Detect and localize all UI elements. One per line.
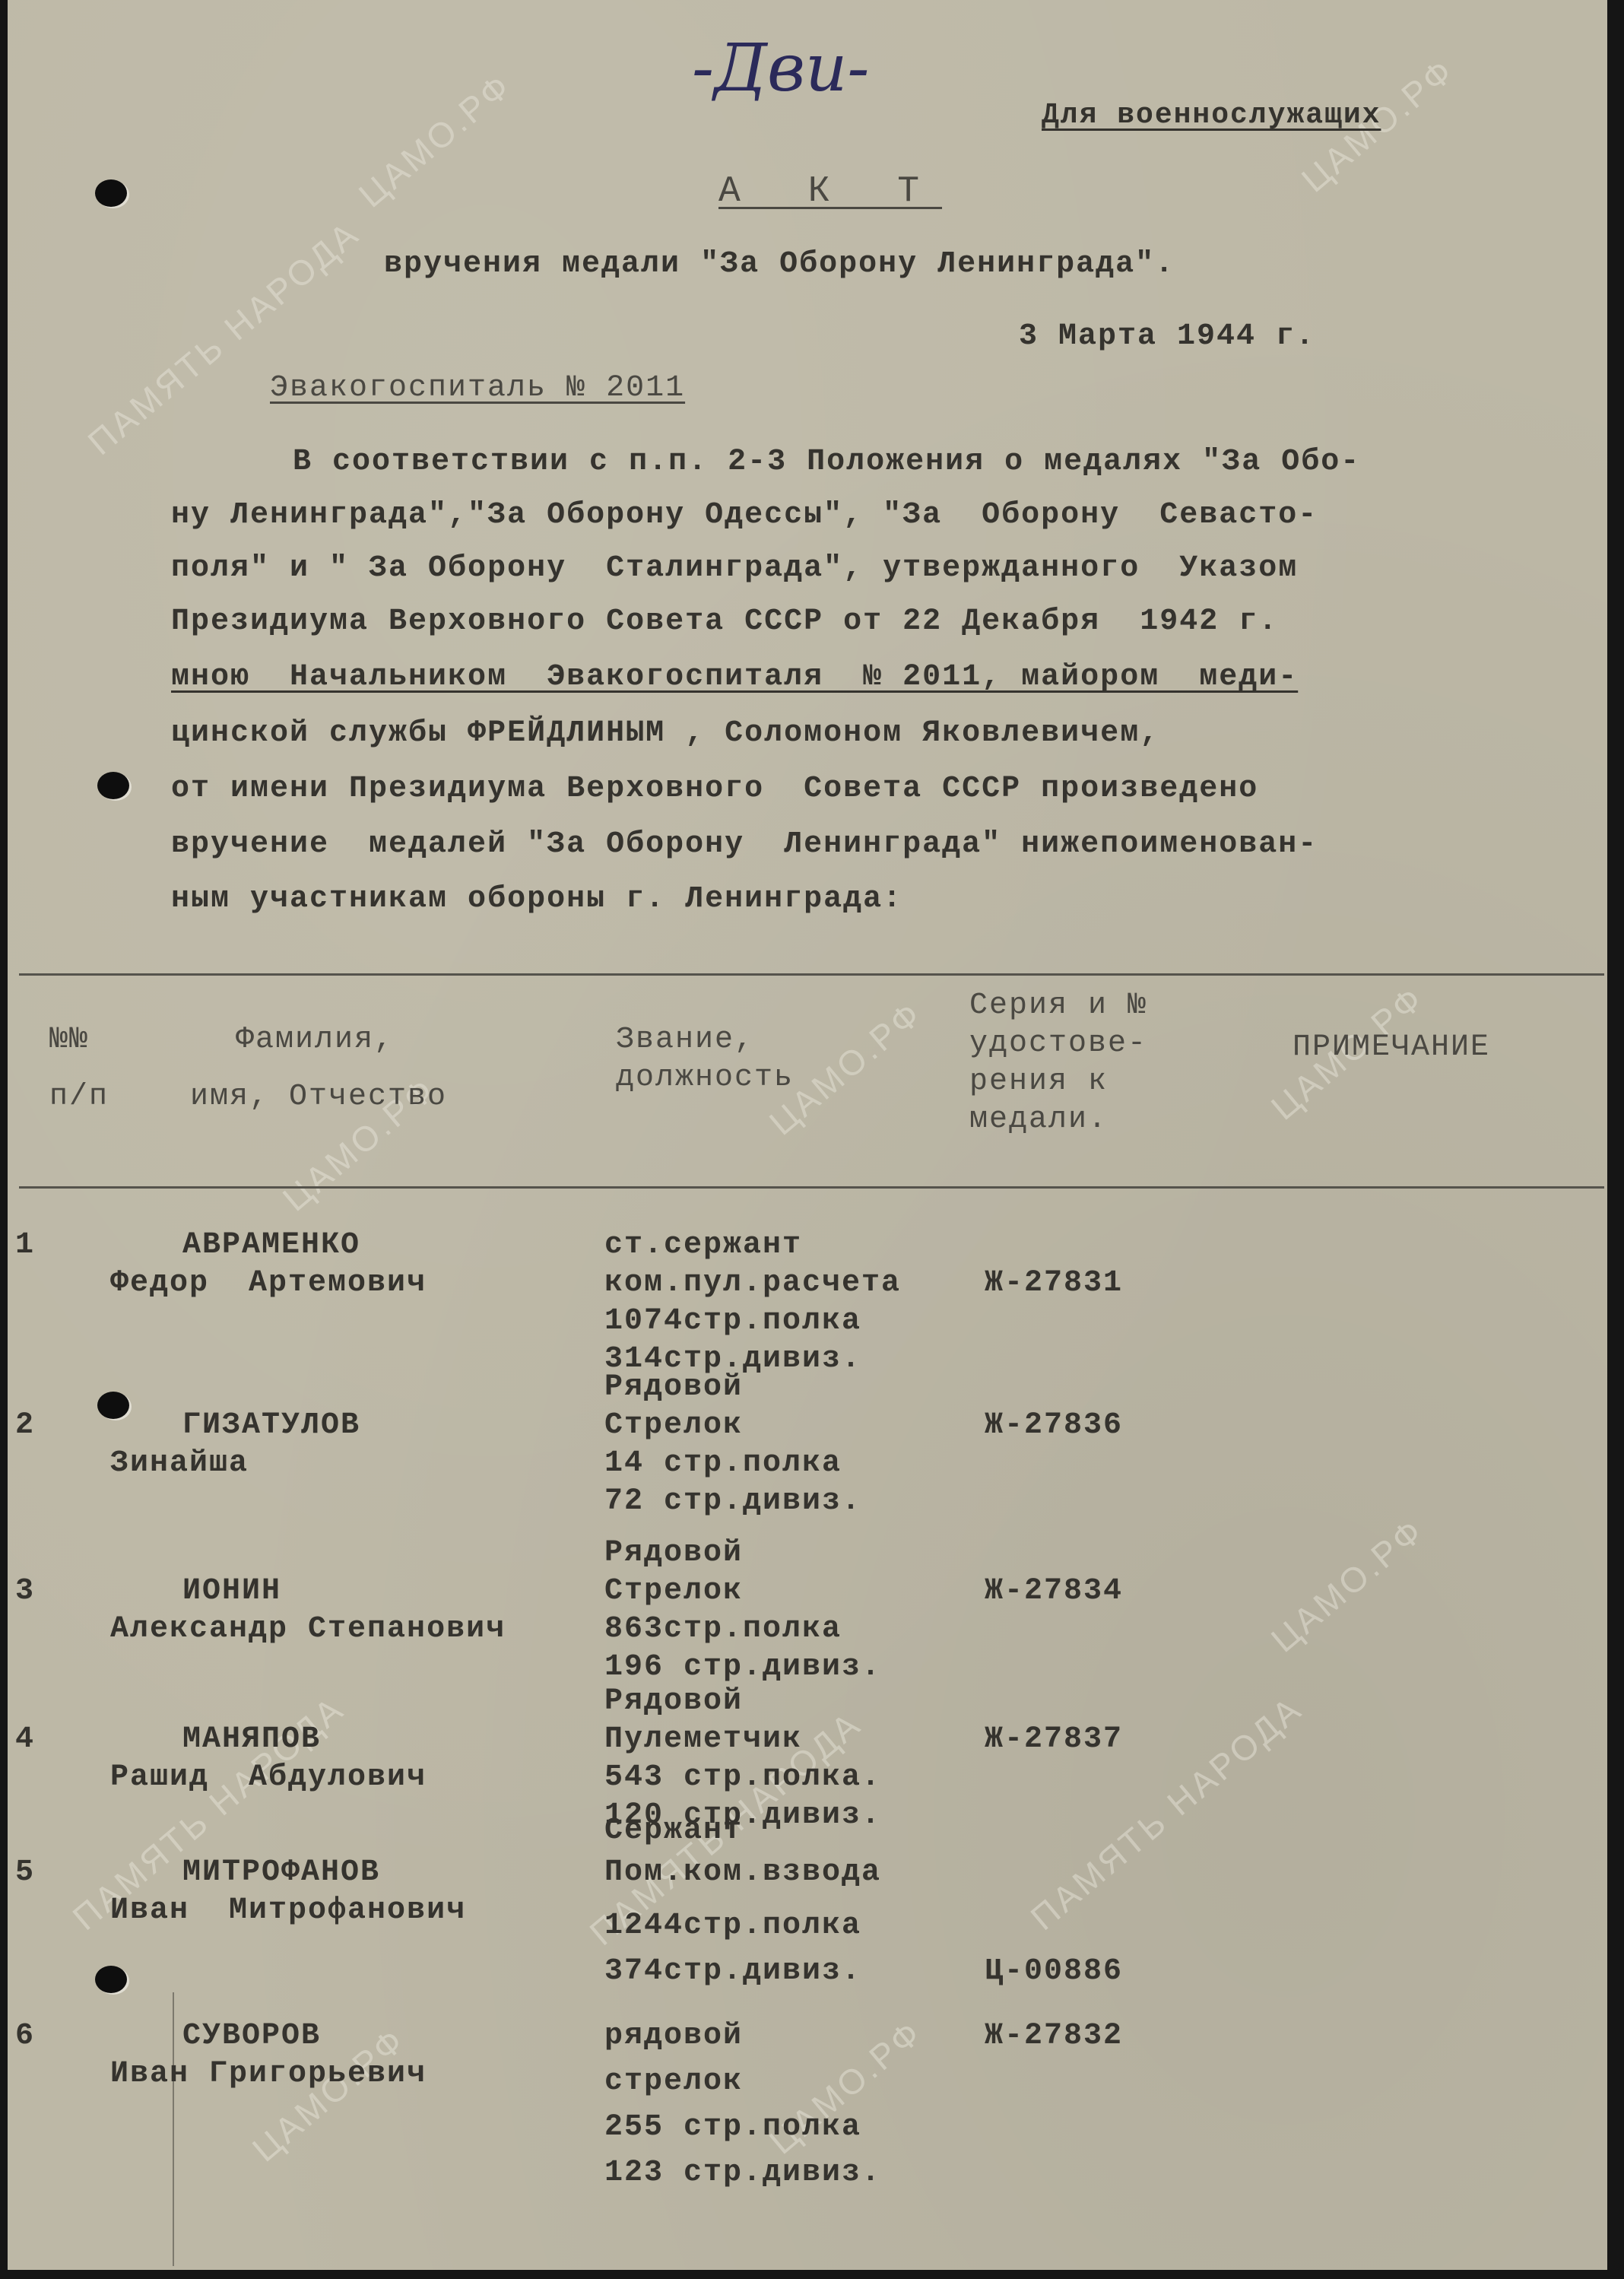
row-rank-line: 1244стр.полка bbox=[604, 1909, 861, 1943]
row-rank-line: 14 стр.полка bbox=[604, 1446, 842, 1481]
row-rank-line: Рядовой bbox=[604, 1536, 743, 1570]
body-line: ным участникам обороны г. Ленинграда: bbox=[171, 882, 902, 916]
row-rank-line: 1074стр.полка bbox=[604, 1304, 861, 1338]
row-rank-line: Рядовой bbox=[604, 1684, 743, 1719]
margin-fold bbox=[173, 1992, 174, 2266]
header-serial: Серия и № bbox=[969, 989, 1147, 1023]
table-header-rule bbox=[19, 1186, 1604, 1189]
handwritten-note: -Дви- bbox=[692, 30, 869, 106]
header-name: имя, Отчество bbox=[190, 1080, 447, 1114]
institution-name: Эвакогоспиталь № 2011 bbox=[270, 371, 685, 405]
punch-hole bbox=[95, 179, 127, 207]
body-line: вручение медалей "За Оборону Ленинграда"… bbox=[171, 827, 1318, 862]
row-rank-line: 863стр.полка bbox=[604, 1612, 842, 1646]
row-rank-line: Сержант bbox=[604, 1814, 743, 1848]
watermark: ЦАМО.РФ bbox=[352, 66, 519, 214]
header-note: ПРИМЕЧАНИЕ bbox=[1293, 1030, 1490, 1065]
row-given-names: Александр Степанович bbox=[110, 1612, 506, 1646]
punch-hole bbox=[95, 1966, 127, 1993]
header-num: №№ bbox=[49, 1023, 89, 1057]
watermark: ПАМЯТЬ НАРОДА bbox=[81, 214, 366, 461]
row-number: 3 bbox=[15, 1574, 35, 1608]
row-rank-line: 196 стр.дивиз. bbox=[604, 1650, 881, 1684]
row-number: 4 bbox=[15, 1722, 35, 1757]
punch-hole bbox=[97, 772, 129, 799]
row-rank-line: Рядовой bbox=[604, 1370, 743, 1405]
row-number: 1 bbox=[15, 1228, 35, 1262]
header-rank: Звание, bbox=[616, 1023, 754, 1057]
header-name: Фамилия, bbox=[236, 1023, 394, 1057]
row-rank-line: стрелок bbox=[604, 2065, 743, 2099]
row-surname: МАНЯПОВ bbox=[182, 1722, 321, 1757]
row-given-names: Рашид Абдулович bbox=[110, 1760, 427, 1795]
row-rank-line: 374стр.дивиз. bbox=[604, 1954, 861, 1989]
header-serial: удостове- bbox=[969, 1027, 1147, 1061]
classification-label: Для военнослужащих bbox=[1042, 99, 1381, 132]
row-rank-line: рядовой bbox=[604, 2019, 743, 2053]
row-rank-line: 255 стр.полка bbox=[604, 2110, 861, 2144]
row-rank-line: 543 стр.полка. bbox=[604, 1760, 881, 1795]
row-given-names: Федор Артемович bbox=[110, 1266, 427, 1300]
row-rank-line: 123 стр.дивиз. bbox=[604, 2156, 881, 2190]
row-rank-line: ком.пул.расчета bbox=[604, 1266, 901, 1300]
row-given-names: Зинайша bbox=[110, 1446, 249, 1481]
row-rank-line: ст.сержант bbox=[604, 1228, 802, 1262]
row-surname: МИТРОФАНОВ bbox=[182, 1855, 380, 1890]
body-line: цинской службы ФРЕЙДЛИНЫМ , Соломоном Як… bbox=[171, 716, 1159, 751]
row-medal-serial: Ж-27832 bbox=[985, 2019, 1123, 2053]
document-date: 3 Марта 1944 г. bbox=[1019, 319, 1315, 354]
row-rank-line: 72 стр.дивиз. bbox=[604, 1484, 861, 1519]
row-rank-line: Пом.ком.взвода bbox=[604, 1855, 881, 1890]
watermark: ЦАМО.РФ bbox=[1264, 1511, 1431, 1658]
body-line: от имени Президиума Верховного Совета СС… bbox=[171, 772, 1258, 806]
row-medal-serial: Ж-27836 bbox=[985, 1408, 1123, 1443]
header-rank: должность bbox=[616, 1061, 794, 1095]
row-surname: ГИЗАТУЛОВ bbox=[182, 1408, 360, 1443]
body-line: Президиума Верховного Совета СССР от 22 … bbox=[171, 605, 1278, 639]
row-number: 6 bbox=[15, 2019, 35, 2053]
row-surname: ИОНИН bbox=[182, 1574, 281, 1608]
body-line: ну Ленинграда","За Оборону Одессы", "За … bbox=[171, 498, 1318, 532]
body-line: В соответствии с п.п. 2-3 Положения о ме… bbox=[293, 445, 1360, 479]
row-given-names: Иван Григорьевич bbox=[110, 2057, 427, 2091]
row-medal-serial: Ж-27837 bbox=[985, 1722, 1123, 1757]
row-medal-serial: Ц-00886 bbox=[985, 1954, 1123, 1989]
row-rank-line: Стрелок bbox=[604, 1574, 743, 1608]
document-title: А К Т bbox=[718, 171, 942, 212]
row-given-names: Иван Митрофанович bbox=[110, 1893, 466, 1928]
header-num: п/п bbox=[49, 1080, 109, 1114]
table-top-rule bbox=[19, 973, 1604, 976]
row-rank-line: Стрелок bbox=[604, 1408, 743, 1443]
header-serial: рения к bbox=[969, 1065, 1108, 1099]
body-line: поля" и " За Оборону Сталинграда", утвер… bbox=[171, 551, 1298, 586]
row-number: 2 bbox=[15, 1408, 35, 1443]
row-surname: СУВОРОВ bbox=[182, 2019, 321, 2053]
row-rank-line: Пулеметчик bbox=[604, 1722, 802, 1757]
document-page: ЦАМО.РФ ПАМЯТЬ НАРОДА ЦАМО.РФ ЦАМО.РФ ЦА… bbox=[8, 0, 1607, 2270]
row-medal-serial: Ж-27834 bbox=[985, 1574, 1123, 1608]
body-line: мною Начальником Эвакогоспиталя № 2011, … bbox=[171, 660, 1298, 694]
row-medal-serial: Ж-27831 bbox=[985, 1266, 1123, 1300]
punch-hole bbox=[97, 1392, 129, 1419]
row-surname: АВРАМЕНКО bbox=[182, 1228, 360, 1262]
row-number: 5 bbox=[15, 1855, 35, 1890]
header-serial: медали. bbox=[969, 1103, 1108, 1137]
document-subtitle: вручения медали "За Оборону Ленинграда". bbox=[384, 247, 1175, 281]
